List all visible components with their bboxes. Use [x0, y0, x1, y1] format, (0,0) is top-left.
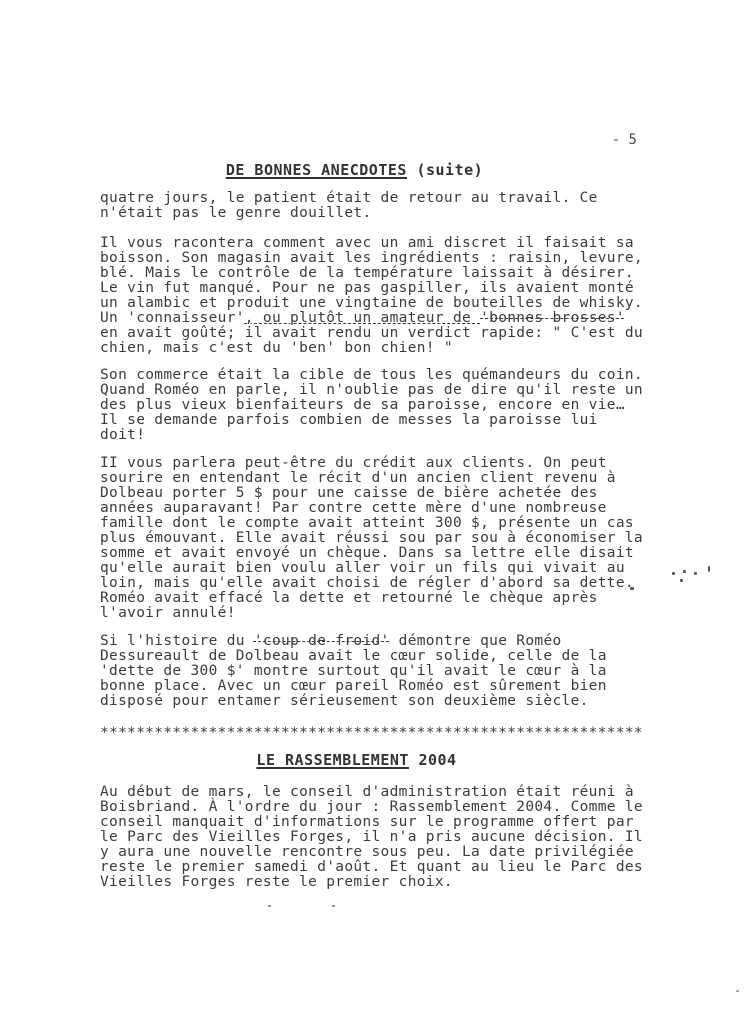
heading-rassemblement-suffix: 2004 — [409, 751, 457, 769]
paragraph-boisson-struck-text: 'bonnes brosses' — [480, 310, 625, 326]
paragraph-credit: II vous parlera peut-être du crédit aux … — [100, 456, 645, 621]
page-number: - 5 — [100, 133, 645, 148]
paragraph-boisson: Il vous racontera comment avec un ami di… — [100, 236, 645, 356]
paragraph-coeur: Si l'histoire du 'coup de froid' démontr… — [100, 634, 645, 709]
paragraph-coeur-struck-text: 'coup de froid' — [254, 633, 390, 649]
paragraph-boisson-text-end: en avait goûté; il avait rendu un verdic… — [100, 325, 643, 356]
section-heading-anecdotes: DE BONNES ANECDOTES (suite) — [82, 162, 627, 178]
scan-artifact — [680, 579, 683, 582]
scan-artifact — [268, 905, 271, 907]
scan-artifact — [694, 572, 697, 575]
scan-artifact — [708, 566, 710, 572]
document-page: - 5 DE BONNES ANECDOTES (suite) quatre j… — [0, 0, 750, 1032]
heading-anecdotes-suffix: (suite) — [407, 161, 483, 179]
scan-artifact — [683, 570, 686, 573]
document-content: - 5 DE BONNES ANECDOTES (suite) quatre j… — [100, 133, 645, 890]
section-heading-rassemblement: LE RASSEMBLEMENT 2004 — [84, 752, 629, 768]
heading-anecdotes-underlined-text: DE BONNES ANECDOTES — [226, 161, 407, 179]
scan-artifact — [736, 990, 739, 992]
scan-artifact — [332, 905, 335, 907]
paragraph-commerce: Son commerce était la cible de tous les … — [100, 368, 645, 443]
scan-artifact — [672, 572, 675, 575]
paragraph-coeur-text: Si l'histoire du — [100, 633, 254, 649]
paragraph-boisson-underlined-text: , ou plutôt un amateur de — [245, 310, 480, 326]
paragraph-conseil: Au début de mars, le conseil d'administr… — [100, 785, 645, 890]
asterisk-separator: ****************************************… — [100, 726, 645, 741]
paragraph-douillet: quatre jours, le patient était de retour… — [100, 191, 645, 221]
heading-rassemblement-underlined-text: LE RASSEMBLEMENT — [256, 751, 409, 769]
